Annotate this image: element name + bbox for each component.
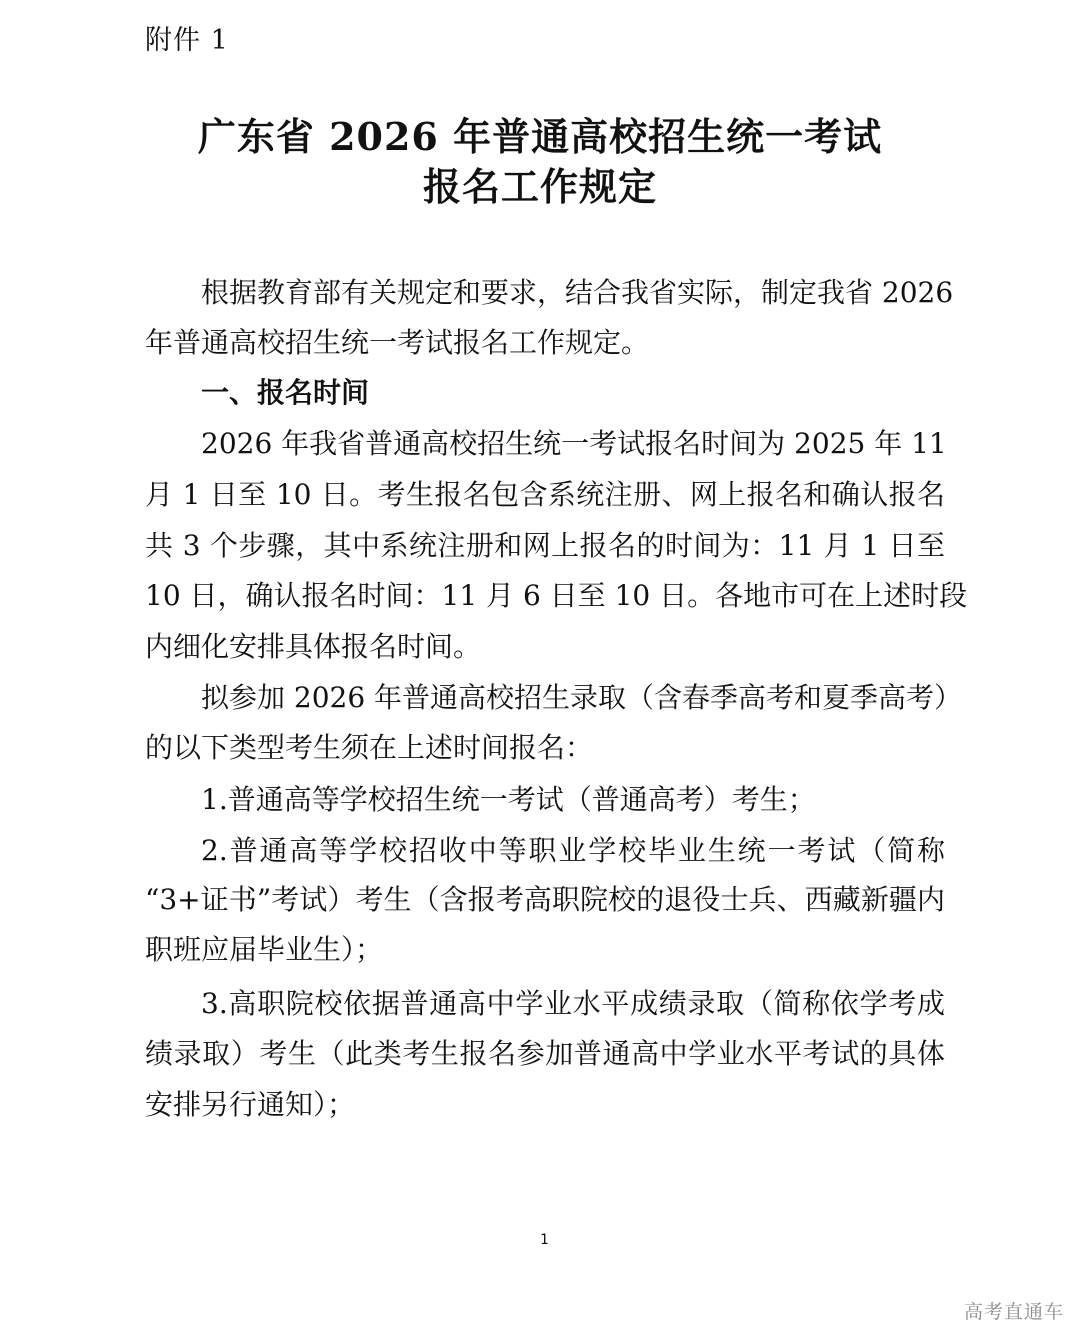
text-line: 职班应届毕业生）； [145,930,945,970]
text-line: 的以下类型考生须在上述时间报名： [145,728,945,768]
text-line: 安排另行通知）； [145,1085,945,1125]
text-line: 绩录取）考生（此类考生报名参加普通高中学业水平考试的具体 [145,1034,945,1074]
watermark: 高考直通车 [964,1297,1064,1324]
document-title-line-1: 广东省 2026 年普通高校招生统一考试 [0,112,1080,162]
page-number: 1 [540,1232,548,1248]
text-line: 内细化安排具体报名时间。 [145,627,945,667]
text-line: 10 日，确认报名时间：11 月 6 日至 10 日。各地市可在上述时段 [145,576,945,616]
text-line: “3+证书”考试）考生（含报考高职院校的退役士兵、西藏新疆内 [145,880,945,920]
text-line: 2.普通高等学校招收中等职业学校毕业生统一考试（简称 [201,831,945,871]
text-line: 月 1 日至 10 日。考生报名包含系统注册、网上报名和确认报名 [145,475,945,515]
document-title-line-2: 报名工作规定 [0,162,1080,212]
list-item-1: 1.普通高等学校招生统一考试（普通高考）考生； [201,780,945,820]
text-line: 年普通高校招生统一考试报名工作规定。 [145,323,945,363]
text-line: 拟参加 2026 年普通高校招生录取（含春季高考和夏季高考） [201,678,945,718]
text-line: 2026 年我省普通高校招生统一考试报名时间为 2025 年 11 [201,424,945,464]
text-line: 共 3 个步骤，其中系统注册和网上报名的时间为：11 月 1 日至 [145,526,945,566]
attachment-label: 附件 1 [145,18,229,57]
text-line: 3.高职院校依据普通高中学业水平成绩录取（简称依学考成 [201,984,945,1024]
section-heading-registration-time: 一、报名时间 [201,373,945,413]
text-line: 根据教育部有关规定和要求，结合我省实际，制定我省 2026 [201,273,945,313]
